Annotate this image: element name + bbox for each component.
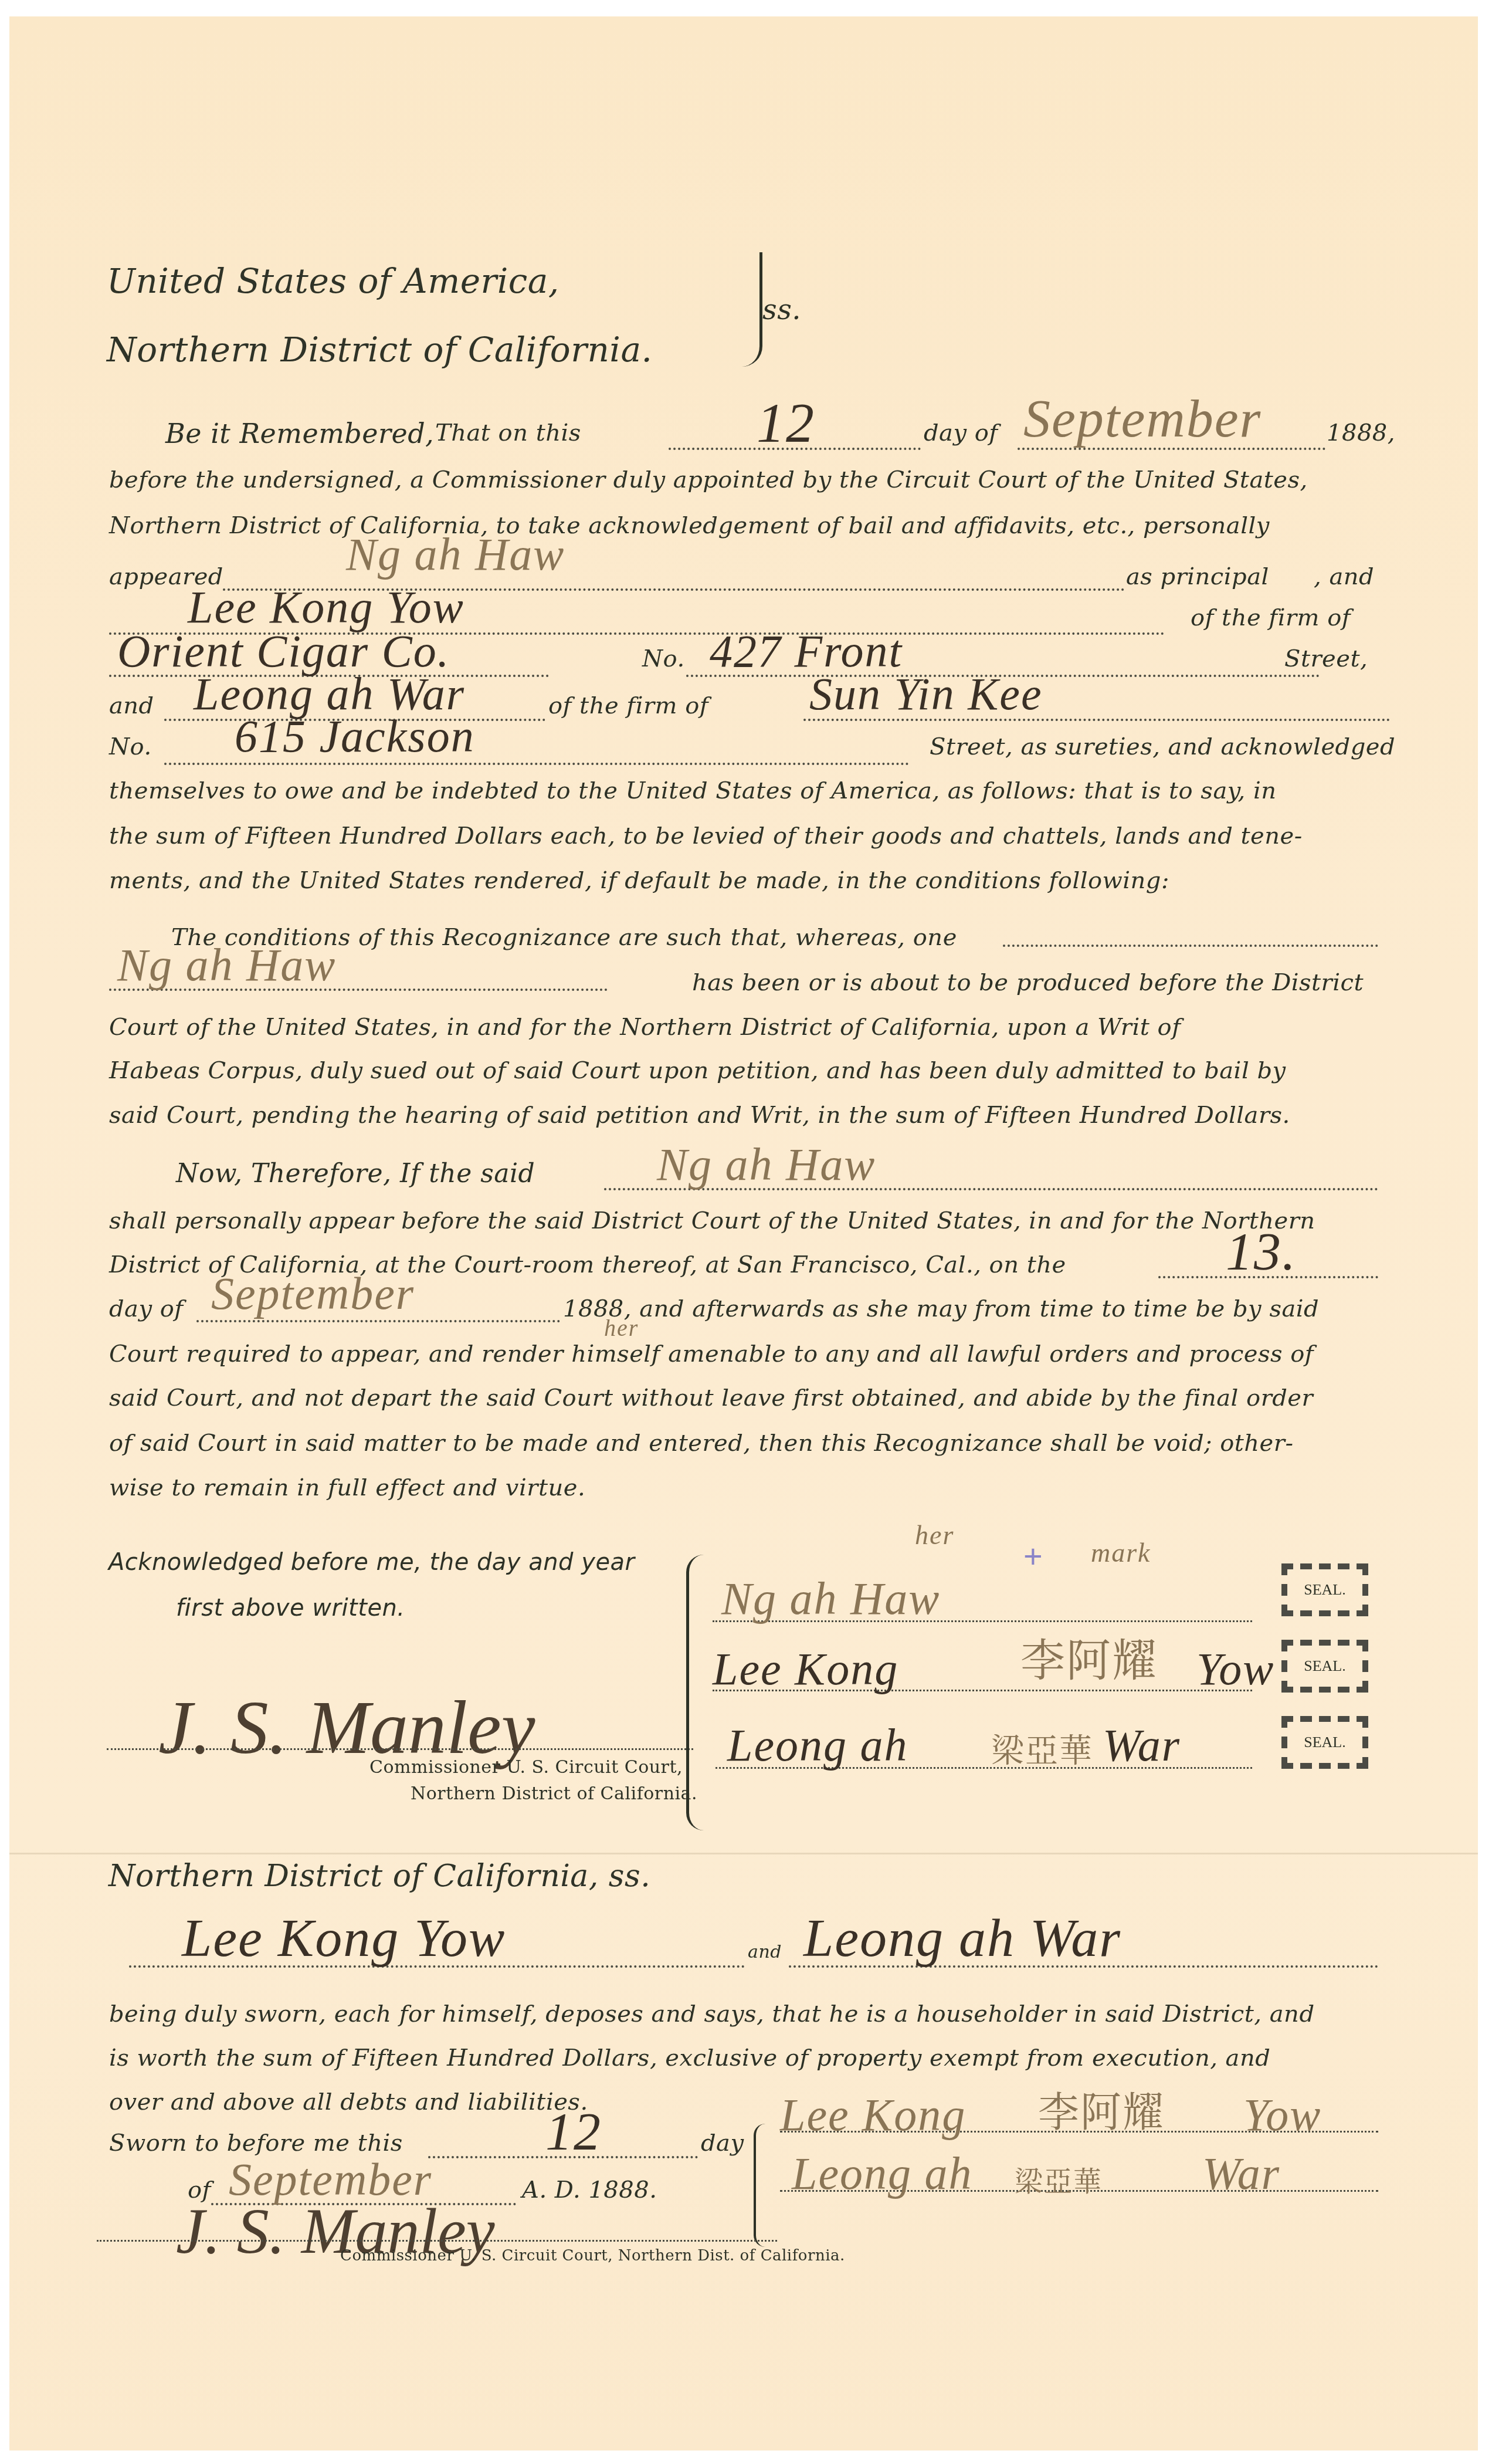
seal-label: SEAL. <box>1304 1734 1346 1751</box>
now-therefore-line-8: wise to remain in full effect and virtue… <box>109 1474 585 1501</box>
appear-month-field[interactable]: September <box>211 1267 415 1320</box>
affidavit-commissioner-line <box>97 2240 777 2242</box>
acknowledged-line-1: Acknowledged before me, the day and year <box>108 1549 635 1576</box>
surety2-address-line <box>164 763 909 765</box>
of-the-firm-label: of the firm of <box>1191 604 1351 631</box>
mark-symbol-icon: + <box>1023 1537 1043 1575</box>
affidavit-commissioner-title: Commissioner U. S. Circuit Court, Northe… <box>340 2247 845 2265</box>
sworn-brace <box>754 2124 768 2247</box>
seal-label: SEAL. <box>1304 1657 1346 1675</box>
commissioner-signature-line <box>107 1748 693 1750</box>
appear-day-field[interactable]: 13. <box>1226 1220 1297 1282</box>
recital-ments-line: ments, and the United States rendered, i… <box>109 867 1169 894</box>
principal-name-field[interactable]: Ng ah Haw <box>346 528 565 581</box>
now-therefore-intro: Now, Therefore, If the said <box>176 1159 535 1189</box>
header-line-1: United States of America, <box>107 261 559 301</box>
day-of-label: day of <box>924 419 998 446</box>
mark-label: mark <box>1091 1537 1151 1568</box>
as-principal-label: as principal <box>1126 563 1269 590</box>
now-therefore-line-4-rest: 1888, and afterwards as she may from tim… <box>563 1295 1319 1322</box>
signature-surety-1-chinese: 李阿耀 <box>1020 1625 1158 1689</box>
affidavit-name2-field[interactable]: Leong ah War <box>803 1907 1121 1969</box>
and-label-2: and <box>109 692 154 719</box>
affidavit-name1-field[interactable]: Lee Kong Yow <box>182 1907 506 1969</box>
affiant-signature-2-suffix: War <box>1202 2147 1280 2200</box>
fold-line <box>9 1853 1478 1854</box>
of-the-firm-label-2: of the firm of <box>548 692 708 719</box>
and-label: , and <box>1314 563 1374 590</box>
appear-month-line <box>196 1320 560 1322</box>
year-label: 1888, <box>1327 419 1395 446</box>
recital-intro: Be it Remembered, <box>165 418 434 449</box>
commissioner-title-1: Commissioner U. S. Circuit Court, <box>369 1757 683 1778</box>
acknowledged-line-2: first above written. <box>176 1595 405 1622</box>
recital-line-3: Northern District of California, to take… <box>109 512 1379 539</box>
surety2-address-field[interactable]: 615 Jackson <box>235 710 475 763</box>
sworn-year-label: A. D. 1888. <box>522 2177 657 2204</box>
signature-brace <box>686 1555 704 1830</box>
seal-box-3: SEAL. <box>1281 1716 1368 1769</box>
conditions-blank-line <box>1003 945 1378 947</box>
header-brace <box>742 252 762 367</box>
sworn-day-field[interactable]: 12 <box>545 2100 602 2162</box>
her-annotation: her <box>604 1314 639 1342</box>
now-therefore-line-2: shall personally appear before the said … <box>109 1207 1315 1234</box>
ss-label: ss. <box>762 293 801 326</box>
signature-principal[interactable]: Ng ah Haw <box>721 1572 940 1625</box>
now-therefore-name-field[interactable]: Ng ah Haw <box>657 1138 876 1191</box>
affidavit-line-2: is worth the sum of Fifteen Hundred Doll… <box>109 2045 1270 2072</box>
signature-surety-1[interactable]: Lee Kong <box>713 1643 898 1695</box>
conditions-line-1-rest: has been or is about to be produced befo… <box>692 969 1364 996</box>
conditions-name-field[interactable]: Ng ah Haw <box>117 939 336 991</box>
seal-box-1: SEAL. <box>1281 1563 1368 1616</box>
seal-box-2: SEAL. <box>1281 1640 1368 1693</box>
day-field[interactable]: 12 <box>757 390 815 455</box>
that-on-this: That on this <box>435 419 581 446</box>
affiant-signature-2[interactable]: Leong ah <box>792 2147 973 2200</box>
signature-surety-1-suffix: Yow <box>1196 1643 1274 1695</box>
affidavit-and: and <box>748 1942 782 1962</box>
conditions-line-4: said Court, pending the hearing of said … <box>109 1102 1290 1129</box>
now-therefore-line-5: Court required to appear, and render him… <box>109 1341 1314 1368</box>
affiant-signature-1-chinese: 李阿耀 <box>1038 2080 1165 2139</box>
recital-sum-line: the sum of Fifteen Hundred Dollars each,… <box>109 823 1303 849</box>
conditions-line-3: Habeas Corpus, duly sued out of said Cou… <box>109 1057 1286 1084</box>
affidavit-line-3: over and above all debts and liabilities… <box>109 2089 588 2116</box>
signature-surety-2-chinese: 梁亞華 <box>991 1725 1093 1772</box>
no-label-1: No. <box>642 645 685 672</box>
day-of-label-2: day of <box>109 1295 184 1322</box>
seal-label: SEAL. <box>1304 1581 1346 1599</box>
street-label-1: Street, <box>1284 645 1368 672</box>
affidavit-line-1: being duly sworn, each for himself, depo… <box>109 2001 1315 2028</box>
header-line-2: Northern District of California. <box>107 330 652 370</box>
recital-owe-line: themselves to owe and be indebted to the… <box>109 777 1277 804</box>
no-label-2: No. <box>109 733 152 760</box>
now-therefore-line-7: of said Court in said matter to be made … <box>109 1430 1293 1457</box>
affiant-signature-2-chinese: 梁亞華 <box>1015 2159 1103 2199</box>
her-label: her <box>915 1519 954 1551</box>
commissioner-title-2: Northern District of California. <box>411 1783 697 1804</box>
signature-surety-2[interactable]: Leong ah <box>727 1719 908 1772</box>
surety2-firm-field[interactable]: Sun Yin Kee <box>809 668 1043 720</box>
affidavit-heading: Northern District of California, ss. <box>108 1859 650 1894</box>
affiant-signature-1-suffix: Yow <box>1243 2089 1321 2141</box>
affiant-signature-1[interactable]: Lee Kong <box>780 2089 966 2141</box>
month-field[interactable]: September <box>1023 387 1262 449</box>
now-therefore-line-6: said Court, and not depart the said Cour… <box>109 1385 1313 1412</box>
sworn-day-label: day <box>701 2130 744 2157</box>
recital-line-2: before the undersigned, a Commissioner d… <box>109 466 1379 493</box>
conditions-line-2: Court of the United States, in and for t… <box>109 1014 1181 1041</box>
street-sureties-label: Street, as sureties, and acknowledged <box>930 733 1395 760</box>
signature-surety-2-suffix: War <box>1103 1719 1181 1772</box>
